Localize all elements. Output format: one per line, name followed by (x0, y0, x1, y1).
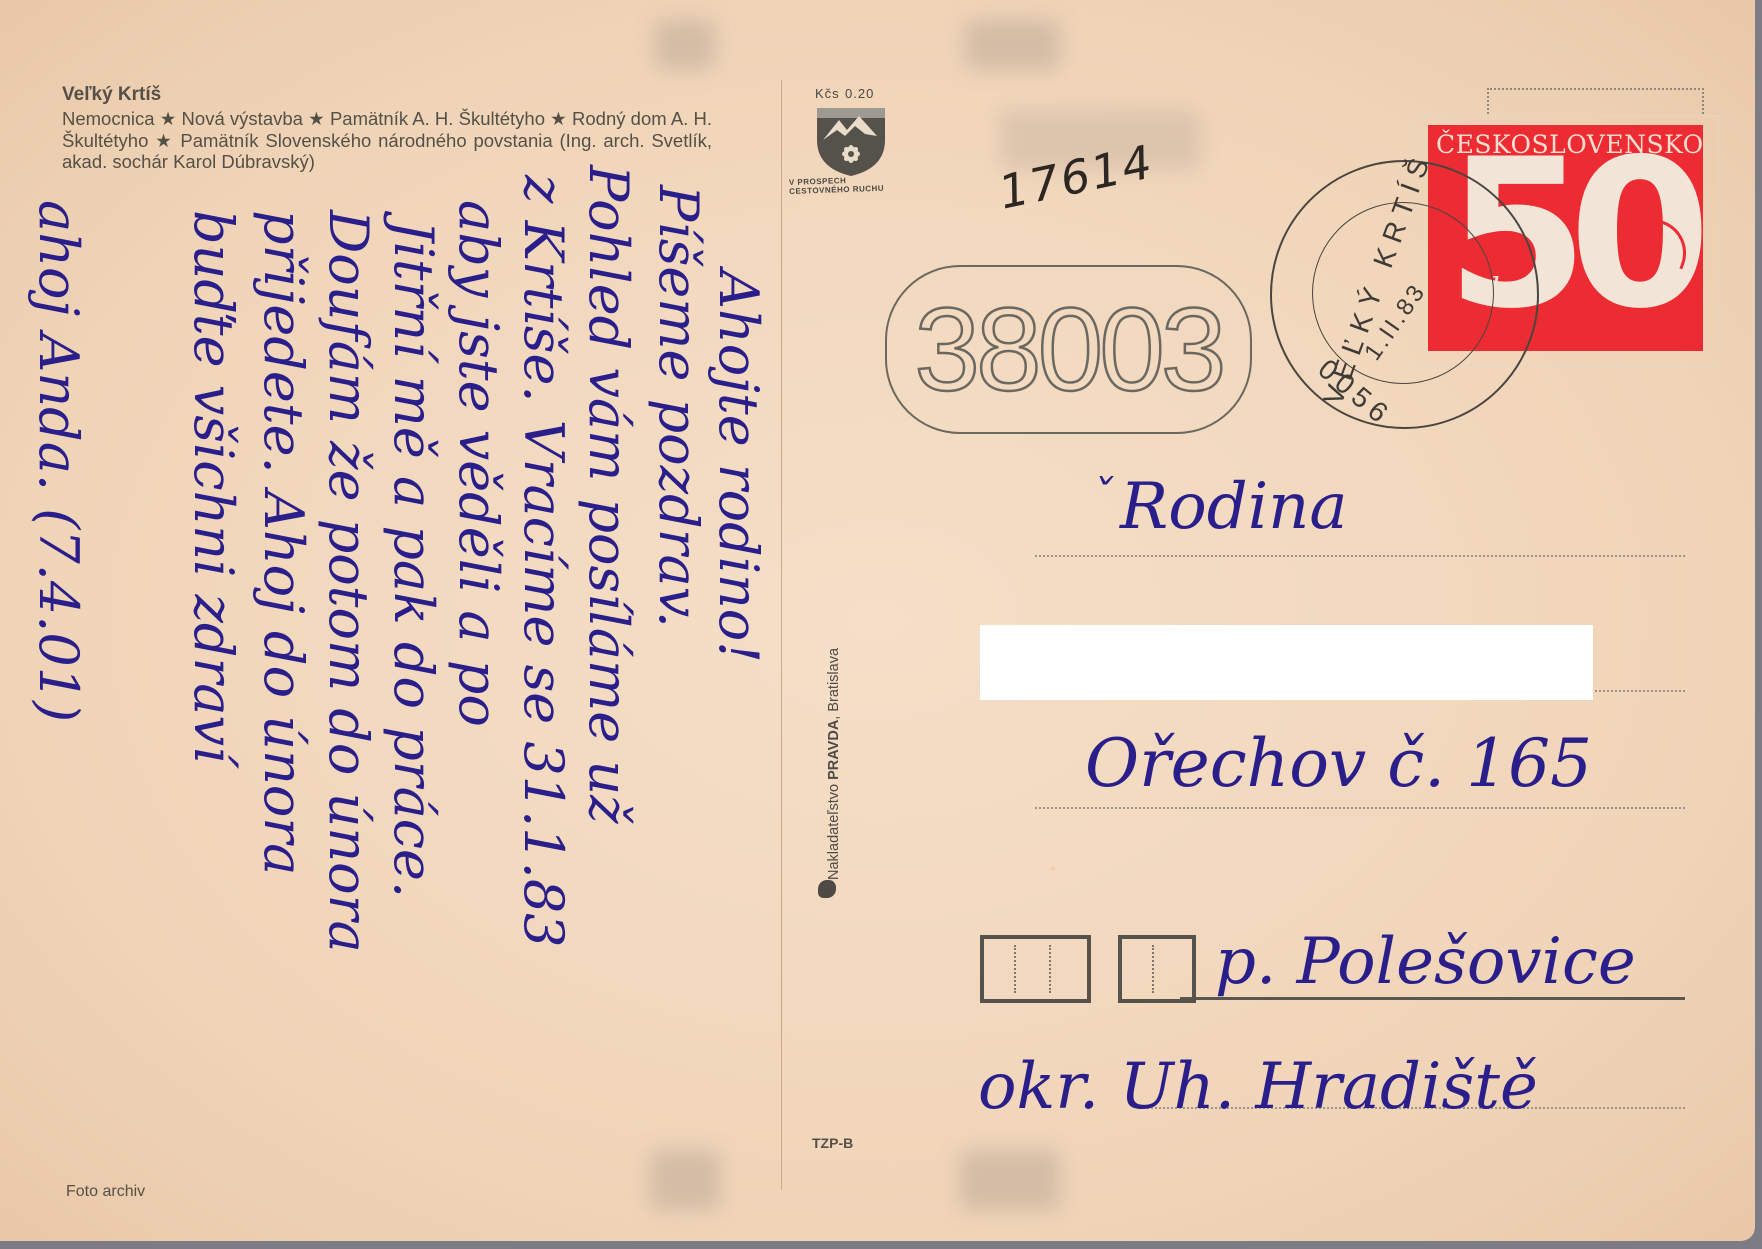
postmark: VEĽKÝ KRTÍŠ 1.II.83 0056 (1270, 160, 1539, 429)
address-line-1 (1035, 555, 1685, 557)
picture-description: Nemocnica ★ Nová výstavba ★ Pamätník A. … (62, 108, 712, 173)
message-line: Ahojte rodino! (707, 270, 770, 663)
series-code: TZP-B (812, 1135, 853, 1151)
tourism-fee-mark: Kčs 0.20 V PROSPECH CESTOVNÉHO RUCHU (795, 86, 905, 196)
mountain-edelweiss-shield-icon (815, 106, 887, 178)
postcard-back: Veľký Krtíš Nemocnica ★ Nová výstavba ★ … (0, 0, 1755, 1241)
ink-smudge (965, 20, 1060, 70)
message-line: buďte všichni zdraví (182, 210, 245, 763)
tourism-caption: V PROSPECH CESTOVNÉHO RUCHU (789, 174, 906, 196)
zip-code-box (980, 935, 1091, 1003)
message-line: Doufám že potom do února (317, 210, 380, 953)
place-title: Veľký Krtíš (62, 84, 161, 106)
address-street: Ořechov č. 165 (1085, 725, 1592, 802)
zip-box-divider (1014, 945, 1016, 993)
message-line: přijedete. Ahoj do února (252, 210, 315, 875)
message-line: aby jste věděli a po (447, 200, 510, 727)
postal-code-stamp: 38003 (885, 265, 1252, 434)
tourism-currency: Kčs (815, 86, 840, 101)
address-post-office: p. Polešovice (1215, 925, 1636, 999)
message-line: ahoj Anda. (7.4.01) (27, 200, 90, 722)
message-line: z Krtíše. Vracíme se 31.1.83 (512, 175, 575, 948)
zip-box-divider (1049, 945, 1051, 993)
center-divider-line (781, 80, 782, 1190)
zip-box-divider (1152, 945, 1154, 993)
tourism-value: 0.20 (845, 86, 874, 101)
address-mark: ˇ (1090, 470, 1113, 524)
address-redaction (980, 625, 1593, 700)
photo-credit: Foto archiv (66, 1183, 145, 1201)
message-line: Píšeme pozdrav. (647, 185, 710, 628)
publisher-imprint: Nakladateľstvo PRAVDA, Bratislava (826, 648, 842, 880)
address-recipient: Rodina (1120, 470, 1348, 544)
stamp-placement-box (1487, 88, 1704, 114)
ink-smudge (960, 1150, 1060, 1210)
address-district: okr. Uh. Hradiště (978, 1050, 1538, 1124)
publisher-logo-icon (818, 880, 836, 898)
ink-smudge (655, 20, 715, 70)
message-line: Pohled vám posíláme už (577, 165, 640, 824)
ink-smudge (650, 1150, 720, 1210)
zip-code-box (1118, 935, 1196, 1003)
address-line-3 (1035, 807, 1685, 809)
message-line: Jitřní mě a pak do práce. (382, 220, 445, 898)
